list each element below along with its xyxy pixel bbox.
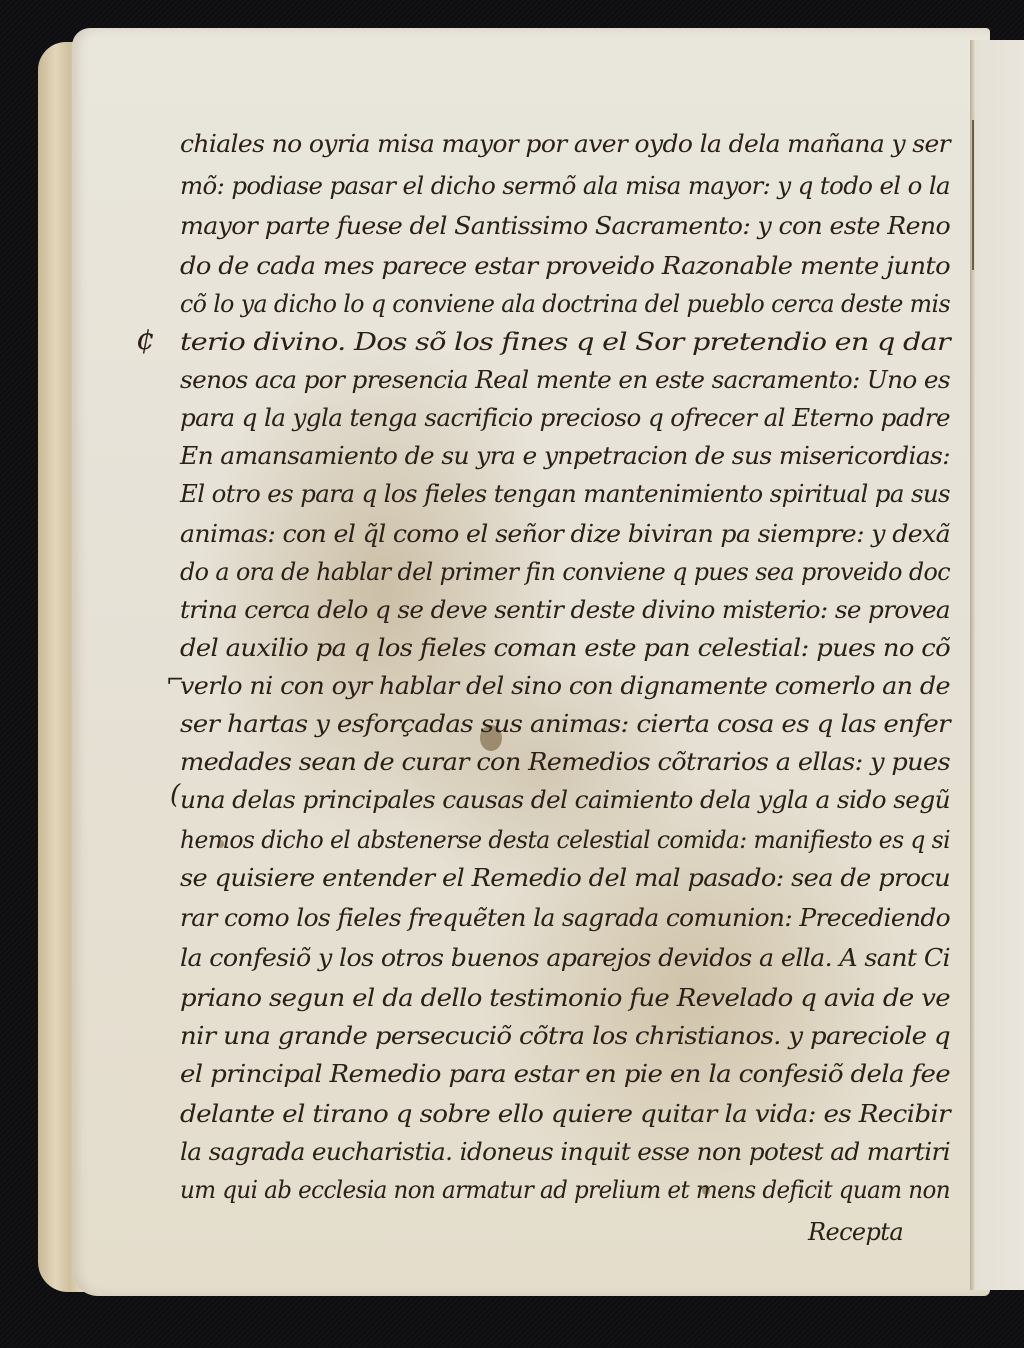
text-line: la confesiõ y los otros buenos aparejos …: [180, 944, 950, 972]
text-line: cõ lo ya dicho lo q conviene ala doctrin…: [180, 290, 950, 318]
text-line: se quisiere entender el Remedio del mal …: [180, 864, 950, 892]
text-line: una delas principales causas del caimien…: [180, 786, 950, 814]
text-line: del auxilio pa q los fieles coman este p…: [180, 634, 950, 662]
text-line: animas: con el q̃l como el señor dize bi…: [180, 520, 950, 548]
text-line: um qui ab ecclesia non armatur ad preliu…: [180, 1176, 950, 1204]
text-line: senos aca por presencia Real mente en es…: [180, 366, 950, 394]
margin-pilcrow-mark: ¢: [136, 322, 155, 357]
margin-paren-mark: (: [170, 780, 180, 810]
text-line: priano segun el da dello testimonio fue …: [180, 984, 950, 1012]
manuscript-text: chiales no oyria misa mayor por aver oyd…: [0, 0, 1024, 1348]
text-line: delante el tirano q sobre ello quiere qu…: [180, 1100, 950, 1128]
text-line: mõ: podiase pasar el dicho sermõ ala mis…: [180, 172, 950, 200]
text-line: mayor parte fuese del Santissimo Sacrame…: [180, 212, 950, 240]
text-line: El otro es para q los fieles tengan mant…: [180, 480, 950, 508]
text-line: trina cerca delo q se deve sentir deste …: [180, 596, 950, 624]
catchword: Recepta: [808, 1218, 903, 1246]
text-line: ser hartas y esforçadas sus animas: cier…: [180, 710, 950, 738]
text-line: chiales no oyria misa mayor por aver oyd…: [180, 130, 950, 158]
text-line: hemos dicho el abstenerse desta celestia…: [180, 826, 950, 854]
text-line: el principal Remedio para estar en pie e…: [180, 1060, 950, 1088]
text-line: terio divino. Dos sõ los fines q el Sor …: [180, 328, 950, 356]
text-line: verlo ni con oyr hablar del sino con dig…: [180, 672, 950, 700]
text-line: nir una grande persecuciõ cõtra los chri…: [180, 1022, 950, 1050]
text-line: En amansamiento de su yra e ynpetracion …: [180, 442, 950, 470]
text-line: para q la ygla tenga sacrificio precioso…: [180, 404, 950, 432]
text-line: do de cada mes parece estar proveido Raz…: [180, 252, 950, 280]
text-line: medades sean de curar con Remedios cõtra…: [180, 748, 950, 776]
text-line: do a ora de hablar del primer fin convie…: [180, 558, 950, 586]
margin-bracket-mark: ⌐: [166, 668, 184, 693]
text-line: rar como los fieles frequẽten la sagrada…: [180, 904, 950, 932]
text-line: la sagrada eucharistia. idoneus inquit e…: [180, 1138, 950, 1166]
